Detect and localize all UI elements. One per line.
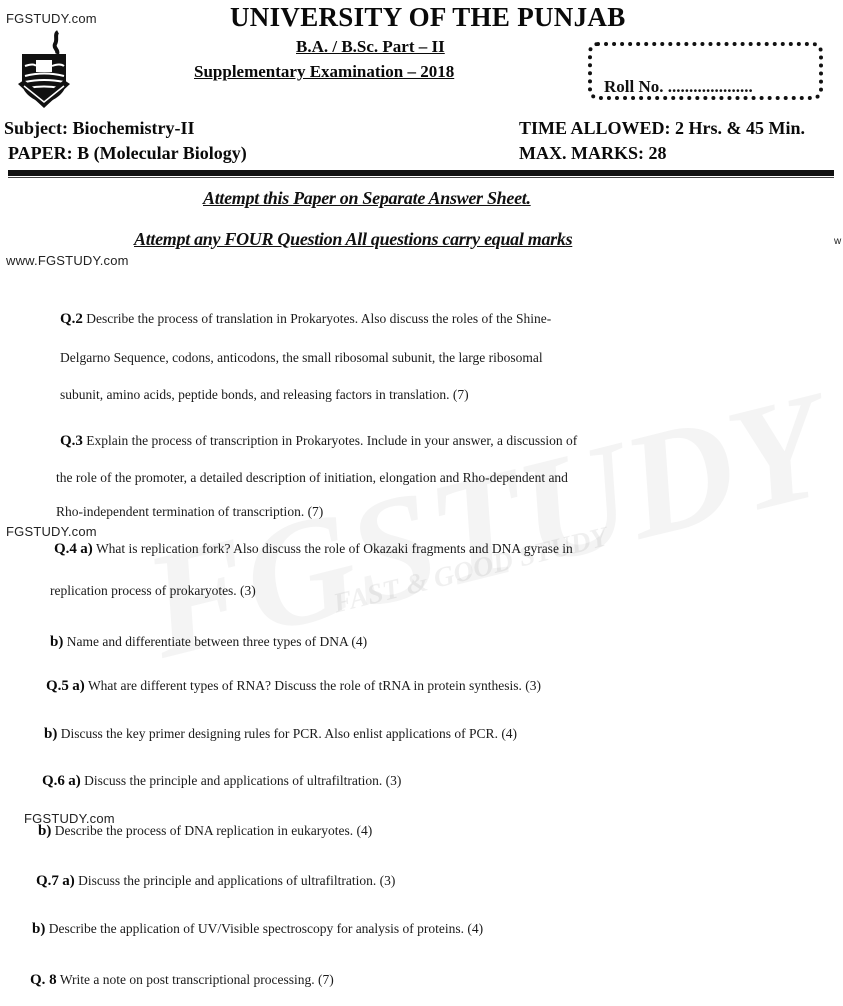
instruction-line: Attempt any FOUR Question All questions … <box>134 229 572 250</box>
site-watermark: FGSTUDY.com <box>6 524 97 539</box>
part-label: a) <box>68 773 81 789</box>
question-q2: Q.2 Describe the process of translation … <box>60 310 551 328</box>
question-number: Q.3 <box>60 433 83 449</box>
part-label: b) <box>50 634 63 650</box>
site-watermark: FGSTUDY.com <box>6 11 97 26</box>
question-number: Q. 8 <box>30 972 57 988</box>
question-q3: Q.3 Explain the process of transcription… <box>60 432 577 450</box>
question-text-line: Rho-independent termination of transcrip… <box>56 504 323 520</box>
question-number: Q.6 <box>42 773 65 789</box>
question-text: Describe the process of translation in P… <box>86 311 551 326</box>
site-watermark: www.FGSTUDY.com <box>6 253 129 268</box>
site-watermark: w <box>834 236 841 247</box>
question-q7b: b) Describe the application of UV/Visibl… <box>32 920 483 938</box>
question-text: Name and differentiate between three typ… <box>67 634 367 649</box>
question-q5a: Q.5 a) What are different types of RNA? … <box>46 677 541 695</box>
question-q6a: Q.6 a) Discuss the principle and applica… <box>42 772 401 790</box>
question-q7a: Q.7 a) Discuss the principle and applica… <box>36 872 395 890</box>
question-text: Write a note on post transcriptional pro… <box>60 972 334 987</box>
question-text-line: Delgarno Sequence, codons, anticodons, t… <box>60 350 543 366</box>
question-text: Discuss the key primer designing rules f… <box>61 726 517 741</box>
question-text-line: subunit, amino acids, peptide bonds, and… <box>60 387 469 403</box>
background-watermark-tagline: FAST & GOOD STUDY <box>330 521 611 620</box>
question-number: Q.2 <box>60 311 83 327</box>
part-label: a) <box>62 873 75 889</box>
header-divider <box>8 170 834 176</box>
part-label: a) <box>72 678 85 694</box>
subject-label: Subject: Biochemistry-II <box>4 118 194 139</box>
question-text: Describe the application of UV/Visible s… <box>49 921 483 936</box>
roll-number-field[interactable]: Roll No. .................... <box>604 77 753 97</box>
question-text: What are different types of RNA? Discuss… <box>88 678 541 693</box>
question-number: Q.5 <box>46 678 69 694</box>
part-label: b) <box>38 823 51 839</box>
max-marks: MAX. MARKS: 28 <box>519 143 666 164</box>
time-allowed: TIME ALLOWED: 2 Hrs. & 45 Min. <box>519 118 805 139</box>
question-text: Explain the process of transcription in … <box>86 433 577 448</box>
question-text-line: replication process of prokaryotes. (3) <box>50 583 256 599</box>
header-divider-thin <box>8 177 834 178</box>
question-text-line: the role of the promoter, a detailed des… <box>56 470 568 486</box>
paper-label: PAPER: B (Molecular Biology) <box>8 143 247 164</box>
question-number: Q.7 <box>36 873 59 889</box>
exam-title: Supplementary Examination – 2018 <box>194 62 454 82</box>
question-text: Discuss the principle and applications o… <box>84 773 401 788</box>
question-text: What is replication fork? Also discuss t… <box>96 541 573 556</box>
question-q4a: Q.4 a) What is replication fork? Also di… <box>54 540 573 558</box>
question-text: Discuss the principle and applications o… <box>78 873 395 888</box>
university-crest-icon <box>14 30 76 110</box>
university-name: UNIVERSITY OF THE PUNJAB <box>230 2 626 33</box>
program-title: B.A. / B.Sc. Part – II <box>296 37 445 57</box>
part-label: a) <box>80 541 93 557</box>
question-q6b: b) Describe the process of DNA replicati… <box>38 822 372 840</box>
question-q4b: b) Name and differentiate between three … <box>50 633 367 651</box>
question-number: Q.4 <box>54 541 77 557</box>
part-label: b) <box>44 726 57 742</box>
instruction-line: Attempt this Paper on Separate Answer Sh… <box>203 188 531 209</box>
part-label: b) <box>32 921 45 937</box>
question-q8: Q. 8 Write a note on post transcriptiona… <box>30 971 334 989</box>
question-text: Describe the process of DNA replication … <box>55 823 373 838</box>
question-q5b: b) Discuss the key primer designing rule… <box>44 725 517 743</box>
